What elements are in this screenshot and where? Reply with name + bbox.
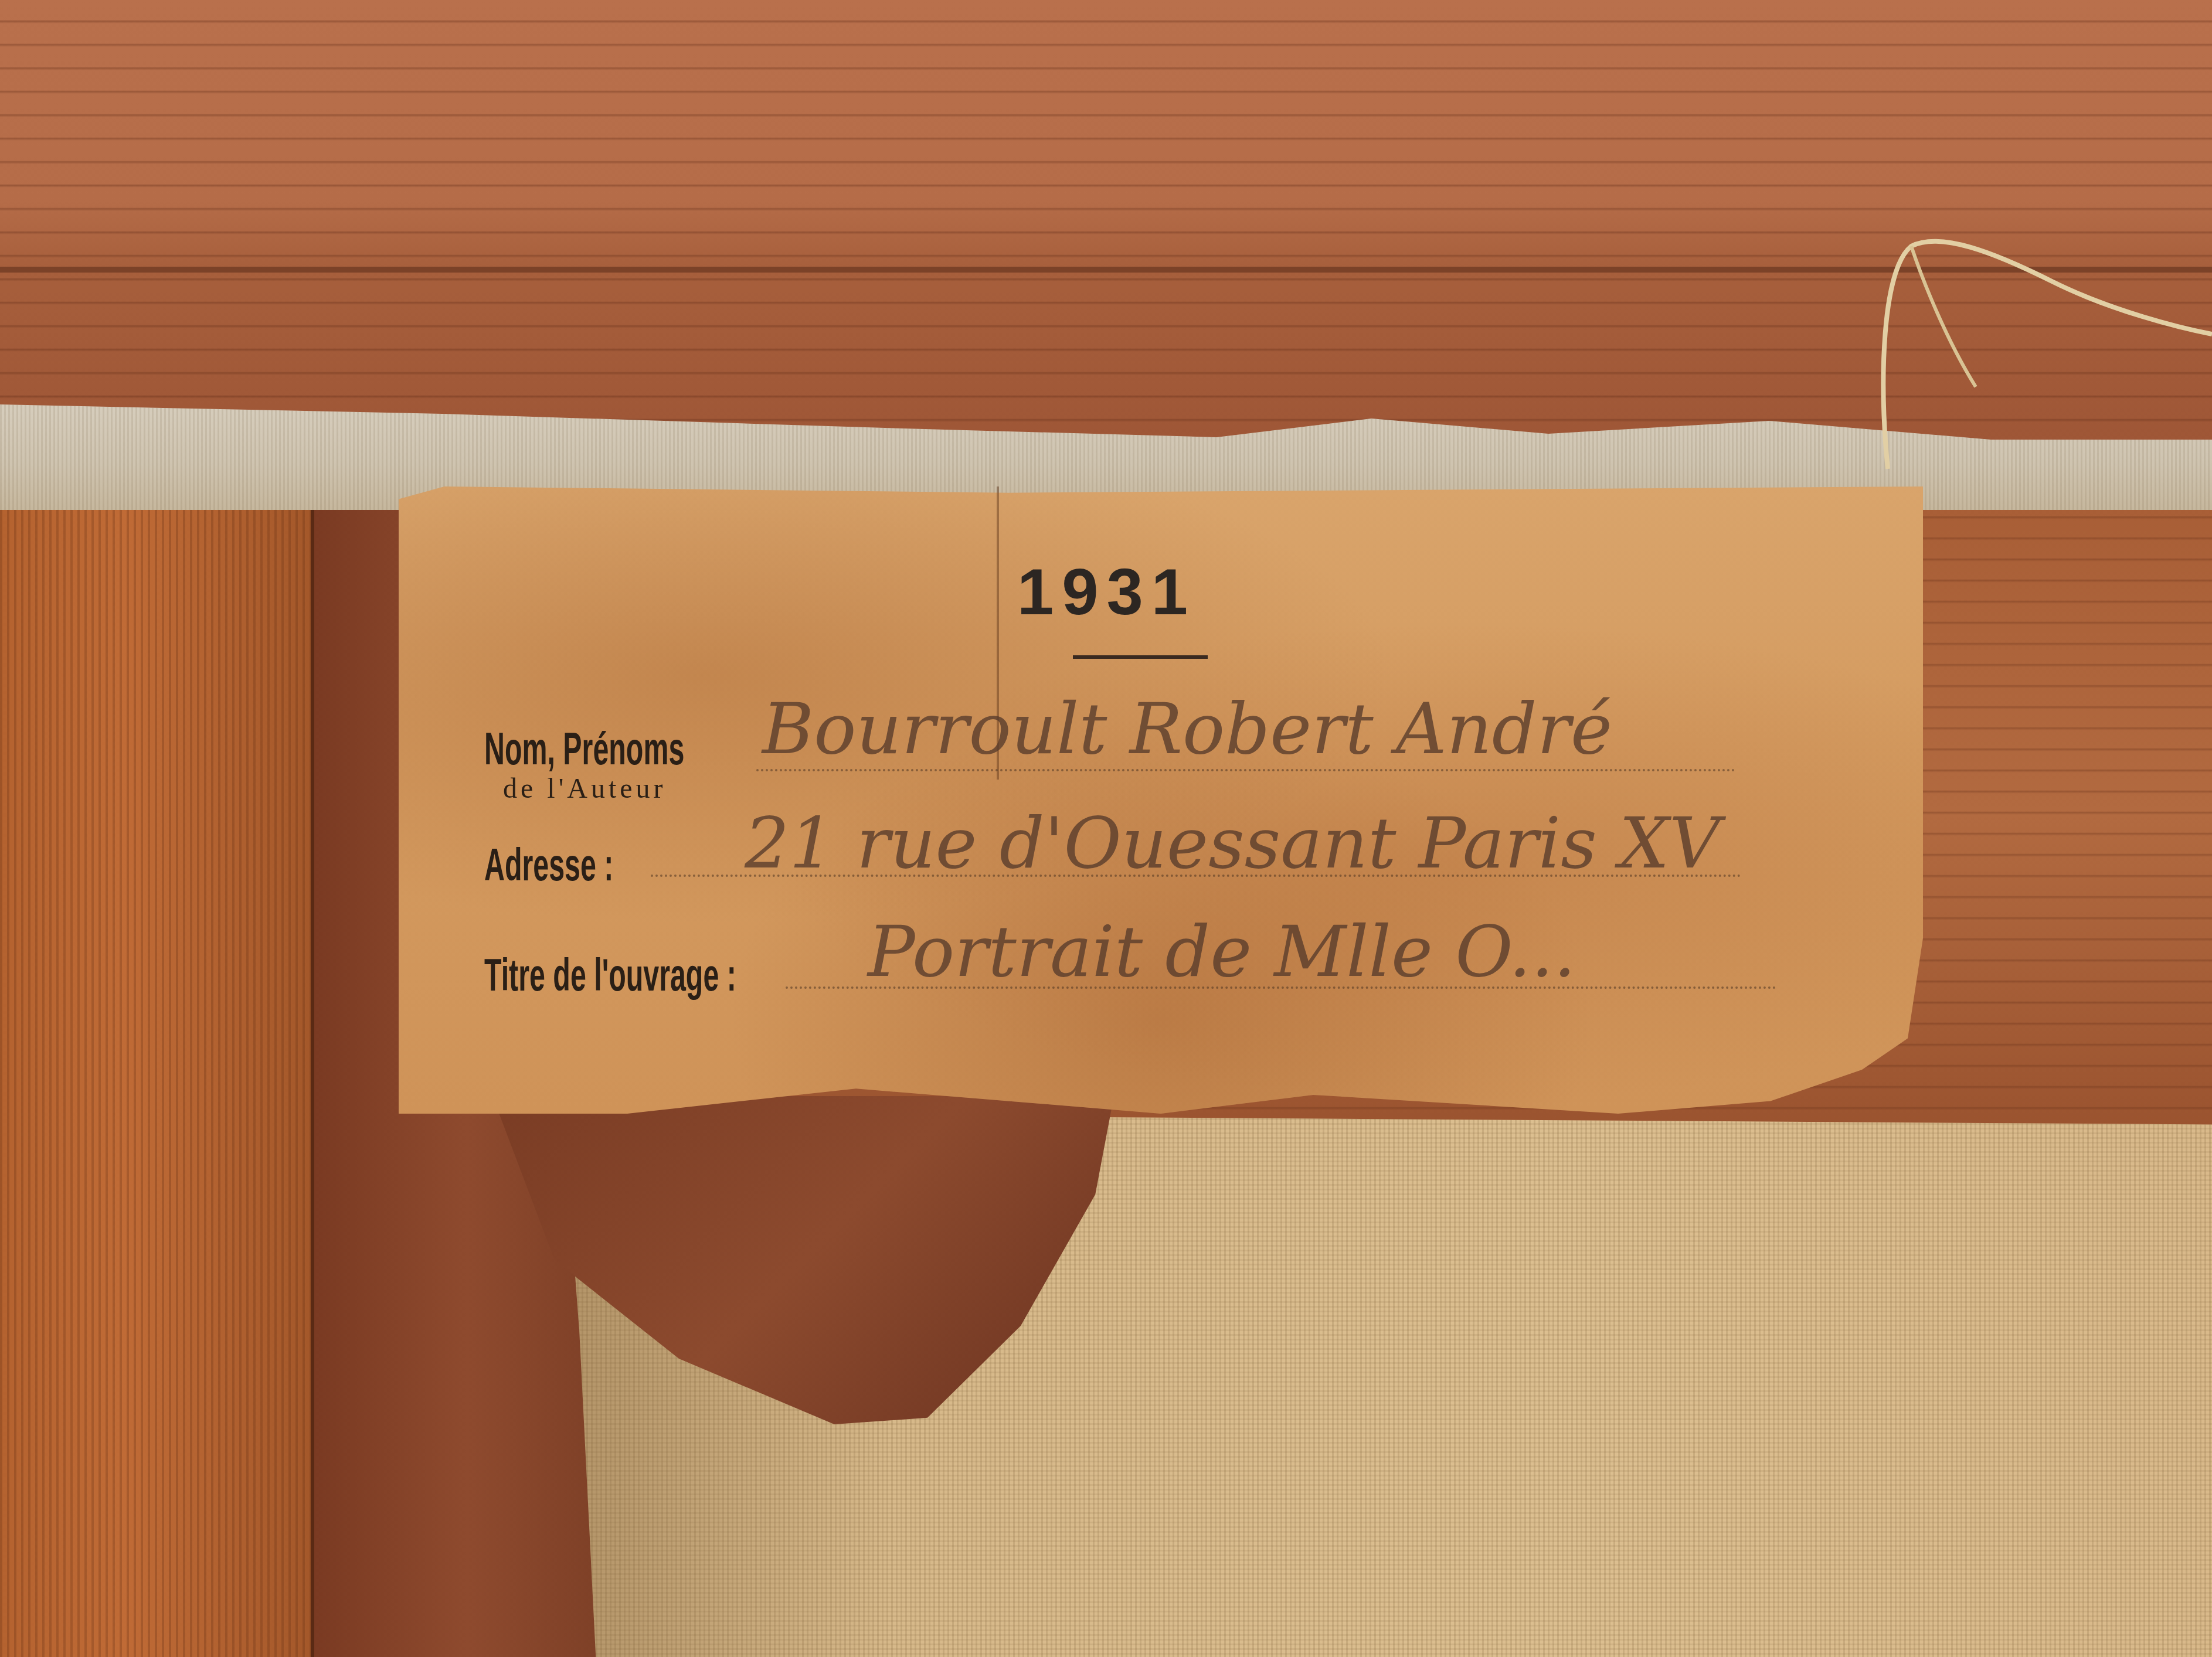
field-label-address: Adresse : [484, 838, 613, 892]
field-label-name: Nom, Prénoms [484, 722, 684, 775]
twine-icon [1876, 234, 2212, 481]
label-year: 1931 [1017, 554, 1196, 630]
field-label-title: Titre de l'ouvrage : [484, 948, 736, 1002]
handwritten-title: Portrait de Mlle O... [868, 911, 1576, 993]
left-stretcher-bar [0, 510, 314, 1657]
year-underline [1073, 655, 1208, 659]
handwritten-address: 21 rue d'Ouessant Paris XV [745, 803, 1720, 884]
handwritten-author-name: Bourroult Robert André [762, 689, 1612, 770]
field-label-author: de l'Auteur [503, 773, 667, 805]
